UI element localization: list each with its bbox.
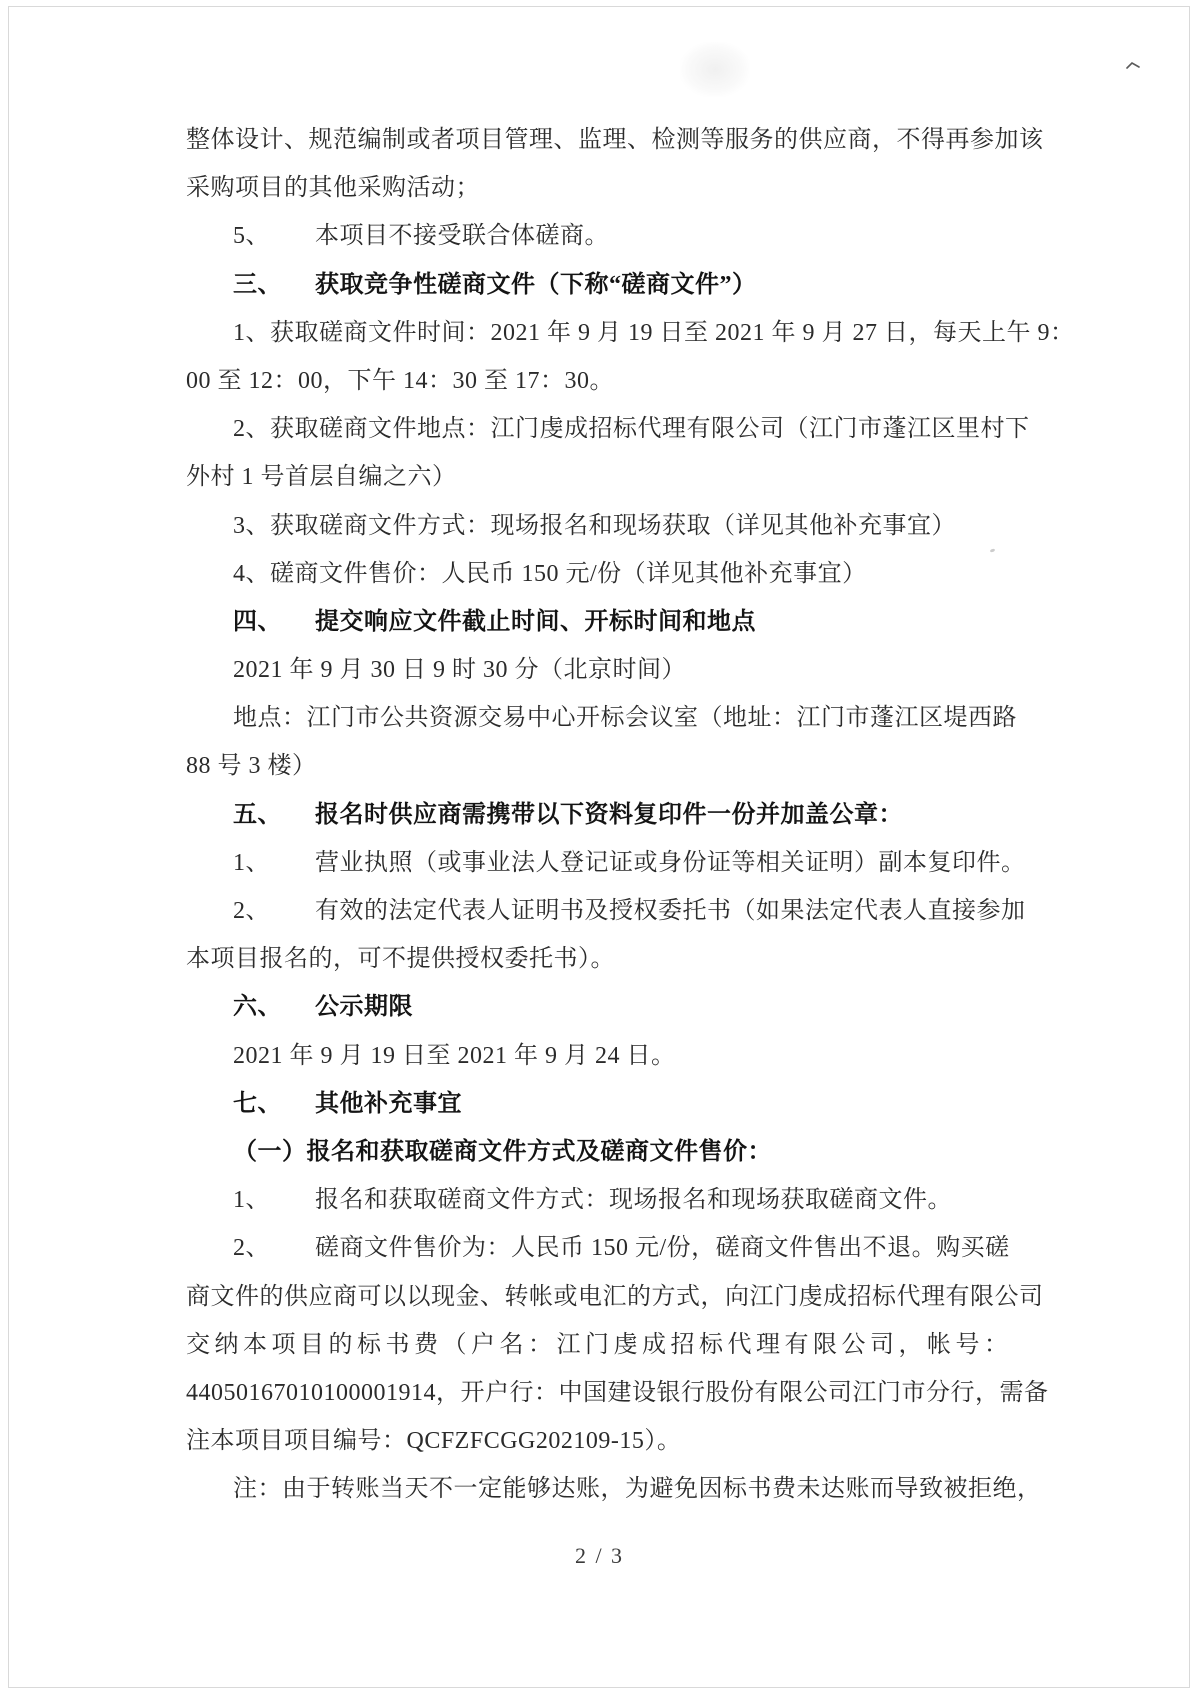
item-text: 报名和获取磋商文件方式：现场报名和现场获取磋商文件。 [315,1187,952,1213]
text-line: 2、获取磋商文件地点：江门虔成招标代理有限公司（江门市蓬江区里村下 [186,405,1035,453]
text-line: 88 号 3 楼） [186,742,1035,790]
text-line: 44050167010100001914，开户行：中国建设银行股份有限公司江门市… [186,1369,1035,1417]
text-line: 4、磋商文件售价：人民币 150 元/份（详见其他补充事宜） [186,550,1035,598]
item-text: 营业执照（或事业法人登记证或身份证等相关证明）副本复印件。 [315,850,1026,876]
item-number: 5、 [233,212,315,260]
document-body: 整体设计、规范编制或者项目管理、监理、检测等服务的供应商，不得再参加该 采购项目… [186,116,1035,1513]
text-line: 注：由于转账当天不一定能够达账，为避免因标书费未达账而导致被拒绝， [186,1465,1035,1513]
text-line: 1、获取磋商文件时间：2021 年 9 月 19 日至 2021 年 9 月 2… [186,309,1035,357]
section-title: 获取竞争性磋商文件（下称“磋商文件”） [315,272,757,298]
section-number: 四、 [233,598,315,646]
item-text: 磋商文件售价为：人民币 150 元/份，磋商文件售出不退。购买磋 [315,1235,1010,1261]
section-heading: 四、提交响应文件截止时间、开标时间和地点 [186,598,1035,646]
list-item: 2、磋商文件售价为：人民币 150 元/份，磋商文件售出不退。购买磋 [186,1224,1035,1272]
section-title: 提交响应文件截止时间、开标时间和地点 [315,609,756,635]
section-heading: 七、其他补充事宜 [186,1080,1035,1128]
item-number: 1、 [233,839,315,887]
text-line: 00 至 12：00，下午 14：30 至 17：30。 [186,357,1035,405]
item-number: 1、 [233,1176,315,1224]
text-line: 商文件的供应商可以以现金、转帐或电汇的方式，向江门虔成招标代理有限公司 [186,1273,1035,1321]
section-number: 六、 [233,983,315,1031]
text-line: 地点：江门市公共资源交易中心开标会议室（地址：江门市蓬江区堤西路 [186,694,1035,742]
text-line: 3、获取磋商文件方式：现场报名和现场获取（详见其他补充事宜） [186,502,1035,550]
text-line: 采购项目的其他采购活动； [186,164,1035,212]
text-line: 注本项目项目编号：QCFZFCGG202109-15）。 [186,1417,1035,1465]
item-text: 本项目不接受联合体磋商。 [315,223,609,249]
section-number: 七、 [233,1080,315,1128]
scan-smudge [680,42,750,97]
section-title: 报名时供应商需携带以下资料复印件一份并加盖公章： [315,802,903,828]
text-line: 外村 1 号首层自编之六） [186,453,1035,501]
text-line: 整体设计、规范编制或者项目管理、监理、检测等服务的供应商，不得再参加该 [186,116,1035,164]
pen-tick-icon [1126,58,1142,68]
item-number: 2、 [233,887,315,935]
page-number: 2 / 3 [0,1543,1199,1569]
section-title: 其他补充事宜 [315,1091,462,1117]
item-text: 有效的法定代表人证明书及授权委托书（如果法定代表人直接参加 [315,898,1026,924]
text-line: 交纳本项目的标书费（户名：江门虔成招标代理有限公司，帐号： [186,1321,1035,1369]
text-line: 本项目报名的，可不提供授权委托书）。 [186,935,1035,983]
list-item: 1、报名和获取磋商文件方式：现场报名和现场获取磋商文件。 [186,1176,1035,1224]
section-number: 三、 [233,261,315,309]
text-line: 2021 年 9 月 30 日 9 时 30 分（北京时间） [186,646,1035,694]
section-heading: 五、报名时供应商需携带以下资料复印件一份并加盖公章： [186,791,1035,839]
section-heading: 六、公示期限 [186,983,1035,1031]
list-item: 1、营业执照（或事业法人登记证或身份证等相关证明）副本复印件。 [186,839,1035,887]
item-number: 2、 [233,1224,315,1272]
list-item: 2、有效的法定代表人证明书及授权委托书（如果法定代表人直接参加 [186,887,1035,935]
list-item: 5、本项目不接受联合体磋商。 [186,212,1035,260]
section-number: 五、 [233,791,315,839]
section-title: 公示期限 [315,994,413,1020]
text-line: 2021 年 9 月 19 日至 2021 年 9 月 24 日。 [186,1032,1035,1080]
subsection-heading: （一）报名和获取磋商文件方式及磋商文件售价： [186,1128,1035,1176]
section-heading: 三、获取竞争性磋商文件（下称“磋商文件”） [186,261,1035,309]
